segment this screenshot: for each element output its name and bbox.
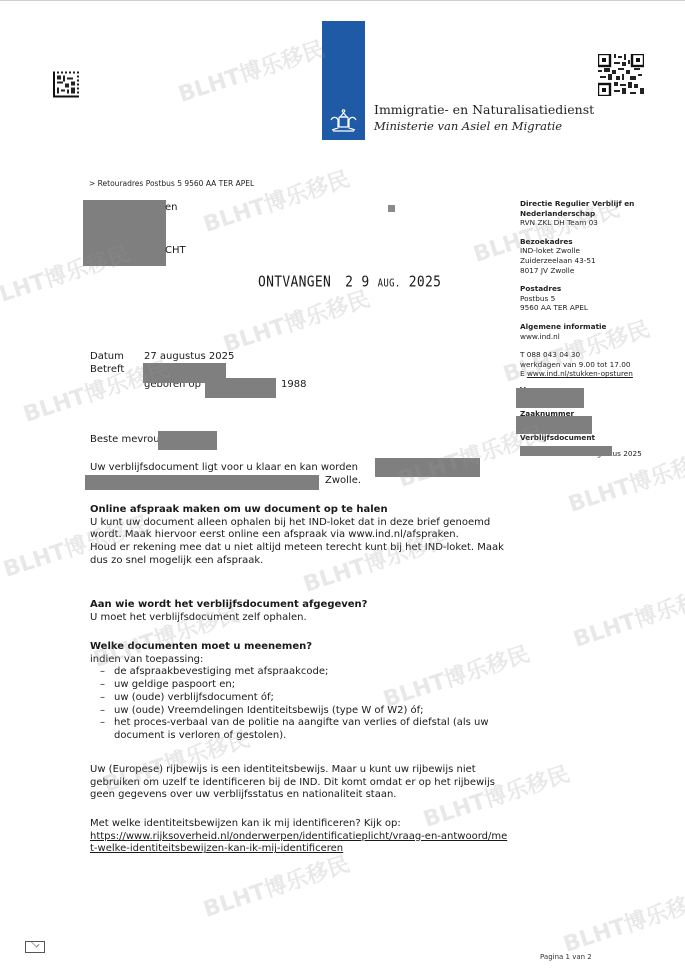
- list-item: de afspraakbevestiging met afspraakcode;: [100, 666, 510, 679]
- visit-address-line: Zuiderzeelaan 43-51: [520, 256, 670, 266]
- return-address: > Retouradres Postbus 5 9560 AA TER APEL: [89, 179, 254, 188]
- redacted-recipient-name: [83, 200, 166, 266]
- watermark: BLHT博乐移民: [559, 882, 685, 959]
- royal-crest-icon: [327, 108, 360, 134]
- redacted-pickup-address: [85, 475, 319, 490]
- redacted-recipient-surname: [158, 431, 217, 450]
- redacted-v-number: [516, 388, 584, 408]
- postal-address-line: 9560 AA TER APEL: [520, 303, 670, 313]
- license-paragraph: Uw (Europese) rijbewijs is een identitei…: [90, 764, 510, 802]
- redacted-document-number: [520, 446, 612, 456]
- section-documents: Welke documenten moet u meenemen? indien…: [90, 641, 510, 743]
- department-team: RVN ZKL DH Team 03: [520, 218, 670, 228]
- born-year: 1988: [281, 379, 306, 392]
- stamp-month: AUG.: [378, 279, 401, 291]
- watermark: BLHT博乐移民: [569, 577, 685, 654]
- phone-number: T 088 043 04 30: [520, 350, 670, 360]
- section-documents-intro: indien van toepassing:: [90, 654, 510, 667]
- redacted-pickup-location: [375, 458, 480, 477]
- organization-name: Immigratie- en Naturalisatiedienst: [374, 102, 594, 117]
- stamp-year: 2025: [409, 274, 442, 291]
- department-title: Directie Regulier Verblijf en Nederlande…: [520, 199, 670, 218]
- received-stamp: ONTVANGEN2 9 AUG. 2025: [258, 274, 441, 291]
- email-prefix: E: [520, 369, 527, 378]
- upload-documents-link[interactable]: www.ind.nl/stukken-opsturen: [527, 369, 633, 378]
- list-item: uw geldige paspoort en;: [100, 679, 510, 692]
- watermark: BLHT博乐移民: [199, 162, 353, 239]
- identification-paragraph: Met welke identiteitsbewijzen kan ik mij…: [90, 818, 510, 856]
- section-appointment: Online afspraak maken om uw document op …: [90, 504, 510, 568]
- stamp-day: 2 9: [345, 274, 369, 291]
- section-appointment-title: Online afspraak maken om uw document op …: [90, 504, 510, 517]
- postal-address-title: Postadres: [520, 284, 670, 294]
- subject-label: Betreft: [90, 364, 124, 377]
- date-label: Datum: [90, 351, 124, 364]
- list-item: uw (oude) Vreemdelingen Identiteitsbewij…: [100, 705, 510, 718]
- recipient-line-1: en: [165, 202, 178, 213]
- rijksoverheid-logo: [322, 21, 365, 140]
- watermark: BLHT博乐移民: [199, 847, 353, 924]
- office-hours: werkdagen van 9.00 tot 17.00: [520, 360, 670, 370]
- redacted-birth-date: [205, 378, 276, 398]
- general-info-site: www.ind.nl: [520, 332, 670, 342]
- section-documents-title: Welke documenten moet u meenemen?: [90, 641, 510, 654]
- recipient-line-2: CHT: [165, 245, 186, 256]
- list-item: uw (oude) verblijfsdocument óf;: [100, 692, 510, 705]
- identification-link[interactable]: https://www.rijksoverheid.nl/onderwerpen…: [90, 831, 507, 855]
- list-item: het proces-verbaal van de politie na aan…: [100, 717, 510, 742]
- salutation: Beste mevrou: [90, 434, 510, 447]
- date-value: 27 augustus 2025: [144, 351, 234, 364]
- visit-address-line: 8017 JV Zwolle: [520, 266, 670, 276]
- stamp-label: ONTVANGEN: [258, 274, 331, 291]
- identification-question: Met welke identiteitsbewijzen kan ik mij…: [90, 818, 510, 831]
- visit-address-title: Bezoekadres: [520, 237, 670, 247]
- section-appointment-text: U kunt uw document alleen ophalen bij he…: [90, 517, 510, 542]
- qr-code-icon: [598, 54, 644, 96]
- section-handover: Aan wie wordt het verblijfsdocument afge…: [90, 599, 510, 624]
- redacted-case-number: [516, 416, 592, 434]
- general-info-title: Algemene informatie: [520, 322, 670, 332]
- postal-address-line: Postbus 5: [520, 294, 670, 304]
- watermark: BLHT博乐移民: [219, 282, 373, 359]
- data-matrix-code-icon: [53, 71, 79, 98]
- ministry-name: Ministerie van Asiel en Migratie: [374, 119, 562, 133]
- scan-top-edge: [0, 0, 685, 1]
- section-appointment-note: Houd er rekening mee dat u niet altijd m…: [90, 542, 510, 567]
- visit-address-line: IND-loket Zwolle: [520, 246, 670, 256]
- required-documents-list: de afspraakbevestiging met afspraakcode;…: [90, 666, 510, 742]
- page-number: Pagina 1 van 2: [540, 953, 592, 961]
- watermark: BLHT博乐移民: [174, 32, 328, 109]
- section-handover-title: Aan wie wordt het verblijfsdocument afge…: [90, 599, 510, 612]
- residence-document-title: Verblijfsdocument: [520, 433, 670, 443]
- section-handover-text: U moet het verblijfsdocument zelf ophale…: [90, 612, 510, 625]
- scan-mark: [388, 205, 395, 212]
- envelope-icon: [25, 941, 45, 953]
